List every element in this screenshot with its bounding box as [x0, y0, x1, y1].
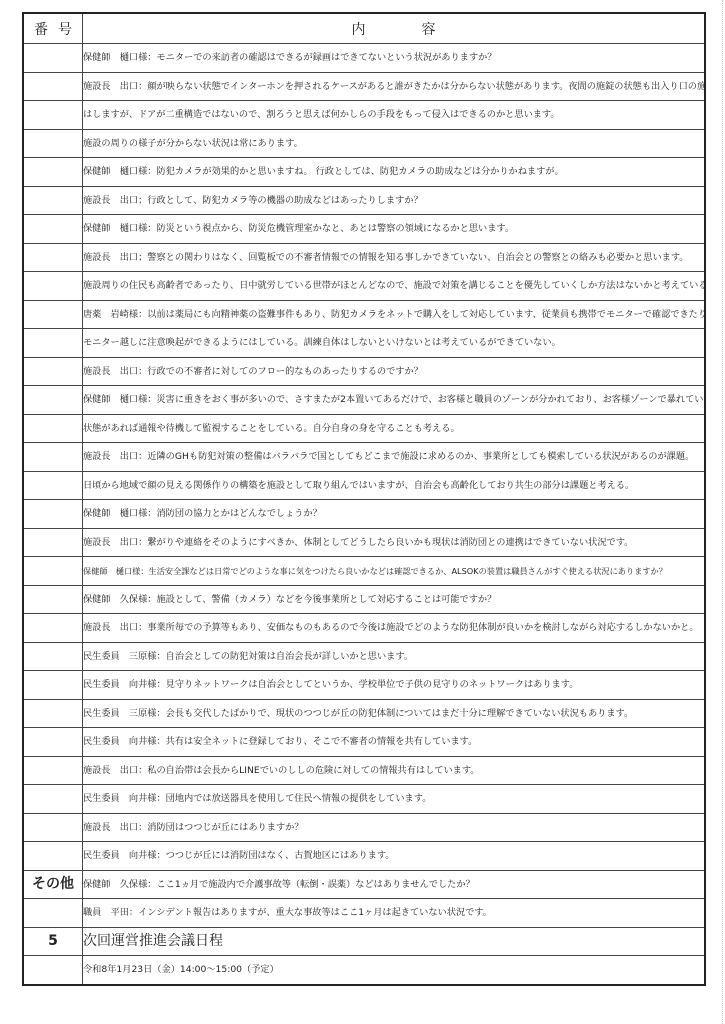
row-content-cell: 民生委員 向井様：共有は安全ネットに登録しており、そこで不審者の情報を共有してい…	[83, 728, 706, 757]
row-number-cell	[23, 215, 83, 244]
row-number-cell	[23, 158, 83, 187]
row-content-cell: 施設長 出口：近隣のGHも防犯対策の整備はバラバラで国としてもどこまで施設に求め…	[83, 443, 706, 472]
table-row: 保健師 樋口様：災害に重きをおく事が多いので、さすまたが2本置いてあるだけで、お…	[23, 386, 705, 415]
row-content-cell: モニター越しに注意喚起ができるようにはしている。訓練自体はしないといけないとは考…	[83, 329, 706, 358]
header-content-label: 内容	[296, 22, 492, 38]
row-number-cell	[23, 956, 83, 985]
table-row: 保健師 久保様：施設として、警備（カメラ）などを今後事業所として対応することは可…	[23, 585, 705, 614]
row-content-cell: 保健師 樋口様：防犯カメラが効果的かと思いますね。 行政としては、防犯カメラの助…	[83, 158, 706, 187]
row-content-cell: 施設の周りの様子が分からない状況は常にあります。	[83, 129, 706, 158]
table-row: 民生委員 向井様：共有は安全ネットに登録しており、そこで不審者の情報を共有してい…	[23, 728, 705, 757]
row-content-cell: 施設長 出口：顔が映らない状態でインターホンを押されるケースがあると誰がきたかは…	[83, 72, 706, 101]
row-content-cell: 施設長 出口：繋がりや連絡をそのようにすべきか、体制としてどうしたら良いかも現状…	[83, 528, 706, 557]
table-row: 施設長 出口：顔が映らない状態でインターホンを押されるケースがあると誰がきたかは…	[23, 72, 705, 101]
row-content-cell: 施設長 出口；警察との関わりはなく、回覧板での不審者情報での情報を知る事しかでき…	[83, 243, 706, 272]
row-content-cell: 保健師 樋口様：消防団の協力とかはどんなでしょうか？	[83, 500, 706, 529]
row-number-cell: 5	[23, 927, 83, 956]
header-number-right: 号	[58, 19, 72, 39]
row-content-cell: 保健師 久保様：ここ1ヵ月で施設内で介護事故等（転倒・誤薬）などはありませんでし…	[83, 870, 706, 899]
row-number-cell	[23, 243, 83, 272]
row-content-cell: 日頃から地域で顔の見える関係作りの構築を施設として取り組んではいますが、自治会も…	[83, 471, 706, 500]
row-number-cell	[23, 585, 83, 614]
row-number-cell	[23, 272, 83, 301]
row-number-cell	[23, 129, 83, 158]
table-row: 保健師 樋口様：防災という視点から、防災危機管理室かなと、あとは警察の領域になる…	[23, 215, 705, 244]
table-row: 施設長 出口：私の自治帯は会長からLINEでいのししの危険に対しての情報共有はし…	[23, 756, 705, 785]
row-content-cell: 唐薬 岩崎様：以前は薬局にも向精神薬の盗難事件もあり、防犯カメラをネットで購入を…	[83, 300, 706, 329]
header-number-left: 番	[34, 19, 48, 39]
row-content-cell: 保健師 久保様：施設として、警備（カメラ）などを今後事業所として対応することは可…	[83, 585, 706, 614]
row-number-cell	[23, 443, 83, 472]
row-number-cell	[23, 72, 83, 101]
table-row: 施設長 出口：消防団はつつじが丘にはありますか？	[23, 813, 705, 842]
minutes-table: 番 号 内容 保健師 樋口様：モニターでの来訪者の確認はできるが録画はできてない…	[22, 12, 706, 986]
row-content-cell: 民生委員 向井様：団地内では放送器具を使用して住民へ情報の提供をしています。	[83, 785, 706, 814]
row-number-cell	[23, 44, 83, 73]
table-row: 保健師 樋口様：消防団の協力とかはどんなでしょうか？	[23, 500, 705, 529]
table-row: 民生委員 向井様：団地内では放送器具を使用して住民へ情報の提供をしています。	[23, 785, 705, 814]
row-content-cell: 状態があれば通報や待機して監視することをしている。自分自身の身を守ることも考える…	[83, 414, 706, 443]
table-row: 保健師 樋口様：防犯カメラが効果的かと思いますね。 行政としては、防犯カメラの助…	[23, 158, 705, 187]
row-number-cell	[23, 186, 83, 215]
row-number-cell	[23, 756, 83, 785]
table-row: 施設長 出口：近隣のGHも防犯対策の整備はバラバラで国としてもどこまで施設に求め…	[23, 443, 705, 472]
scan-edge-artifact	[721, 0, 723, 1024]
table-row: 施設周りの住民も高齢者であったり、日中就労している世帯がほとんどなので、施設で対…	[23, 272, 705, 301]
row-content-cell: 民生委員 向井様：つつじが丘には消防団はなく、古賀地区にはあります。	[83, 842, 706, 871]
row-number-cell	[23, 528, 83, 557]
row-number-cell	[23, 101, 83, 130]
table-row: 民生委員 向井様：つつじが丘には消防団はなく、古賀地区にはあります。	[23, 842, 705, 871]
table-row: 令和8年1月23日（金）14:00～15:00（予定）	[23, 956, 705, 985]
row-number-cell	[23, 300, 83, 329]
row-content-cell: 民生委員 向井様：見守りネットワークは自治会としてというか、学校単位で子供の見守…	[83, 671, 706, 700]
row-content-cell: 施設長 出口：行政での不審者に対してのフロー的なものあったりするのですか？	[83, 357, 706, 386]
table-row: 施設の周りの様子が分からない状況は常にあります。	[23, 129, 705, 158]
row-content-cell: 民生委員 三原様：会長も交代したばかりで、現状のつつじが丘の防犯体制についてはま…	[83, 699, 706, 728]
row-content-cell: 職員 平田：インシデント報告はありますが、重大な事故等はここ1ヶ月は起きていない…	[83, 899, 706, 928]
table-row: 5次回運営推進会議日程	[23, 927, 705, 956]
row-content-cell: 保健師 樋口様：防災という視点から、防災危機管理室かなと、あとは警察の領域になる…	[83, 215, 706, 244]
table-body: 保健師 樋口様：モニターでの来訪者の確認はできるが録画はできてないという状況があ…	[23, 44, 705, 985]
table-row: 施設長 出口：事業所毎での予算等もあり、安価なものもあるので今後は施設でどのよう…	[23, 614, 705, 643]
row-number-cell	[23, 699, 83, 728]
table-header-row: 番 号 内容	[23, 13, 705, 44]
table-row: モニター越しに注意喚起ができるようにはしている。訓練自体はしないといけないとは考…	[23, 329, 705, 358]
row-number-cell	[23, 386, 83, 415]
row-content-cell: 施設長 出口：消防団はつつじが丘にはありますか？	[83, 813, 706, 842]
row-content-cell: 施設周りの住民も高齢者であったり、日中就労している世帯がほとんどなので、施設で対…	[83, 272, 706, 301]
table-row: 職員 平田：インシデント報告はありますが、重大な事故等はここ1ヶ月は起きていない…	[23, 899, 705, 928]
row-number-cell	[23, 813, 83, 842]
row-number-cell	[23, 899, 83, 928]
section-heading-cell: 次回運営推進会議日程	[83, 927, 706, 956]
row-number-cell	[23, 614, 83, 643]
table-row: 民生委員 三原様：会長も交代したばかりで、現状のつつじが丘の防犯体制についてはま…	[23, 699, 705, 728]
row-number-cell	[23, 329, 83, 358]
row-number-cell	[23, 500, 83, 529]
row-number-cell	[23, 842, 83, 871]
row-number-cell	[23, 728, 83, 757]
row-content-cell: 令和8年1月23日（金）14:00～15:00（予定）	[83, 956, 706, 985]
row-content-cell: 民生委員 三原様：自治会としての防犯対策は自治会長が詳しいかと思います。	[83, 642, 706, 671]
table-row: 施設長 出口：繋がりや連絡をそのようにすべきか、体制としてどうしたら良いかも現状…	[23, 528, 705, 557]
table-row: 民生委員 向井様：見守りネットワークは自治会としてというか、学校単位で子供の見守…	[23, 671, 705, 700]
row-number-cell	[23, 414, 83, 443]
table-row: 施設長 出口；行政として、防犯カメラ等の機器の助成などはあったりしますか？	[23, 186, 705, 215]
row-number-cell: その他	[23, 870, 83, 899]
row-content-cell: はしますが、ドアが二重構造ではないので、割ろうと思えば何かしらの手段をもって侵入…	[83, 101, 706, 130]
table-row: 保健師 樋口様：モニターでの来訪者の確認はできるが録画はできてないという状況があ…	[23, 44, 705, 73]
row-content-cell: 施設長 出口：私の自治帯は会長からLINEでいのししの危険に対しての情報共有はし…	[83, 756, 706, 785]
row-number-cell	[23, 642, 83, 671]
header-number: 番 号	[23, 13, 83, 44]
table-row: 施設長 出口；警察との関わりはなく、回覧板での不審者情報での情報を知る事しかでき…	[23, 243, 705, 272]
table-row: 保健師 樋口様：生活安全課などは日常でどのような事に気をつけたら良いかなどは確認…	[23, 557, 705, 586]
row-number-cell	[23, 785, 83, 814]
table-row: 施設長 出口：行政での不審者に対してのフロー的なものあったりするのですか？	[23, 357, 705, 386]
row-number-cell	[23, 357, 83, 386]
row-content-cell: 保健師 樋口様：モニターでの来訪者の確認はできるが録画はできてないという状況があ…	[83, 44, 706, 73]
row-content-cell: 施設長 出口；行政として、防犯カメラ等の機器の助成などはあったりしますか？	[83, 186, 706, 215]
row-number-cell	[23, 557, 83, 586]
header-content: 内容	[83, 13, 706, 44]
row-content-cell: 保健師 樋口様：生活安全課などは日常でどのような事に気をつけたら良いかなどは確認…	[83, 557, 706, 586]
table-row: その他保健師 久保様：ここ1ヵ月で施設内で介護事故等（転倒・誤薬）などはありませ…	[23, 870, 705, 899]
row-content-cell: 施設長 出口：事業所毎での予算等もあり、安価なものもあるので今後は施設でどのよう…	[83, 614, 706, 643]
row-number-cell	[23, 471, 83, 500]
row-number-cell	[23, 671, 83, 700]
table-row: はしますが、ドアが二重構造ではないので、割ろうと思えば何かしらの手段をもって侵入…	[23, 101, 705, 130]
table-row: 日頃から地域で顔の見える関係作りの構築を施設として取り組んではいますが、自治会も…	[23, 471, 705, 500]
table-row: 唐薬 岩崎様：以前は薬局にも向精神薬の盗難事件もあり、防犯カメラをネットで購入を…	[23, 300, 705, 329]
row-content-cell: 保健師 樋口様：災害に重きをおく事が多いので、さすまたが2本置いてあるだけで、お…	[83, 386, 706, 415]
table-row: 状態があれば通報や待機して監視することをしている。自分自身の身を守ることも考える…	[23, 414, 705, 443]
table-row: 民生委員 三原様：自治会としての防犯対策は自治会長が詳しいかと思います。	[23, 642, 705, 671]
